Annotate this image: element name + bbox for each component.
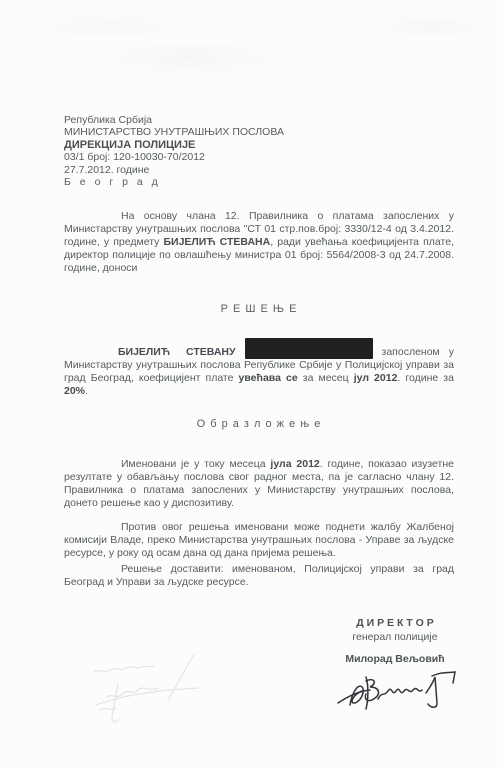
- preamble-paragraph: На основу члана 12. Правилника о платама…: [64, 210, 454, 275]
- decision-text-2: за месец: [298, 372, 354, 384]
- explanation-month-bold: јула 2012: [270, 458, 319, 470]
- decision-paragraph: БИЈЕЛИЋ СТЕВАНУ запосленом у Министарств…: [64, 338, 454, 398]
- signature-ink-icon: [336, 663, 460, 717]
- director-rank: генерал полиције: [346, 631, 444, 643]
- director-title: Д И Р Е К Т О Р: [350, 617, 440, 629]
- redaction-box: [245, 338, 373, 359]
- explanation-heading: О б р а з л о ж е њ е: [64, 418, 454, 430]
- decision-month-bold: јул 2012: [354, 372, 398, 384]
- appeal-paragraph: Против овог решења именовани може поднет…: [64, 521, 454, 560]
- delivery-paragraph: Решење доставити: именованом, Полицијско…: [64, 563, 454, 589]
- explanation-paragraph-1: Именовани је у току месеца јула 2012. го…: [64, 458, 454, 510]
- recipient-name: БИЈЕЛИЋ СТЕВАНУ: [118, 346, 236, 358]
- subject-name: БИЈЕЛИЋ СТЕВАНА: [164, 236, 271, 248]
- decision-percent-bold: 20%: [64, 385, 85, 397]
- pencil-note: [66, 650, 206, 730]
- decision-text-3: . године за: [397, 372, 454, 384]
- case-number: 03/1 број: 120-10030-70/2012: [64, 151, 364, 163]
- decision-increase-bold: увећава се: [239, 372, 298, 384]
- directorate-line: ДИРЕКЦИЈА ПОЛИЦИЈЕ: [64, 139, 364, 151]
- letterhead: Република Србија МИНИСТАРСТВО УНУТРАШЊИХ…: [64, 114, 364, 188]
- document-date: 27.7.2012. године: [64, 164, 364, 176]
- ministry-line: МИНИСТАРСТВО УНУТРАШЊИХ ПОСЛОВА: [64, 126, 364, 138]
- handwritten-signature: [336, 663, 460, 717]
- pencil-scribble-icon: [66, 650, 206, 730]
- decision-heading: Р Е Ш Е Њ Е: [64, 303, 454, 315]
- country-line: Република Србија: [64, 114, 364, 126]
- scanned-document-page: { "header": { "country": "Република Срби…: [0, 0, 503, 768]
- explanation-1-before: Именовани је у току месеца: [121, 458, 270, 470]
- city-line: Б е о г р а д: [64, 176, 364, 188]
- decision-text-end: .: [85, 385, 88, 397]
